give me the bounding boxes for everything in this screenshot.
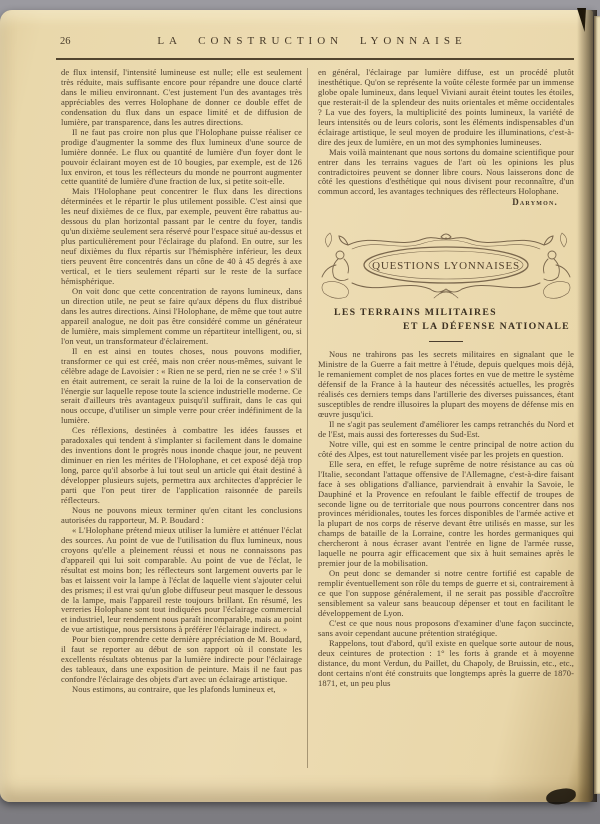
- paragraph: Il ne s'agit pas seulement d'améliorer l…: [318, 420, 574, 440]
- author-signature: Darymon.: [318, 198, 574, 208]
- paragraph: On peut donc se demander si notre centre…: [318, 569, 574, 619]
- paragraph: Pour bien comprendre cette dernière appr…: [61, 635, 302, 685]
- paragraph: en général, l'éclairage par lumière diff…: [318, 68, 574, 148]
- journal-title: LA CONSTRUCTION LYONNAISE: [56, 35, 568, 47]
- paragraph: Nous ne trahirons pas les secrets milita…: [318, 350, 574, 420]
- paragraph: Il ne faut pas croire non plus que l'Hol…: [61, 128, 302, 188]
- scanned-journal-page: 26 LA CONSTRUCTION LYONNAISE de flux int…: [0, 0, 600, 824]
- column-divider: [307, 68, 308, 768]
- paragraph: Nous ne pouvons mieux terminer qu'en cit…: [61, 506, 302, 526]
- left-column: de flux intensif, l'intensité lumineuse …: [61, 68, 302, 695]
- paragraph: de flux intensif, l'intensité lumineuse …: [61, 68, 302, 128]
- paragraph: Mais voilà maintenant que nous sortons d…: [318, 148, 574, 198]
- right-column: en général, l'éclairage par lumière diff…: [318, 68, 574, 689]
- article-heading-line1: LES TERRAINS MILITAIRES: [318, 308, 574, 318]
- paragraph: Notre ville, qui est en somme le centre …: [318, 440, 574, 460]
- paragraph: Il en est ainsi en toutes choses, nous p…: [61, 347, 302, 427]
- questions-lyonnaises-ornament: QUESTIONS LYONNAISES: [318, 225, 574, 306]
- next-page-edge: [594, 16, 600, 794]
- article-terrains-militaires-body: Nous ne trahirons pas les secrets milita…: [318, 350, 574, 688]
- header-rule: [56, 58, 574, 60]
- banner-title: QUESTIONS LYONNAISES: [372, 260, 520, 272]
- paragraph: Elle sera, en effet, le refuge suprême d…: [318, 460, 574, 569]
- article-heading-line2: ET LA DÉFENSE NATIONALE: [318, 322, 574, 332]
- section-rule: [429, 341, 463, 342]
- paragraph: C'est ce que nous nous proposons d'exami…: [318, 619, 574, 639]
- paragraph: On voit donc que cette concentration de …: [61, 287, 302, 347]
- paragraph: Rappelons, tout d'abord, qu'il existe en…: [318, 639, 574, 689]
- paragraph: Mais l'Holophane peut concentrer le flux…: [61, 187, 302, 287]
- article-end-holophane: en général, l'éclairage par lumière diff…: [318, 68, 574, 197]
- paragraph: Ces réflexions, destinées à combattre le…: [61, 426, 302, 506]
- engraved-banner-icon: QUESTIONS LYONNAISES: [318, 225, 574, 303]
- paragraph: « L'Holophane prétend mieux utiliser la …: [61, 526, 302, 635]
- paragraph: Nous estimons, au contraire, que les pla…: [61, 685, 302, 695]
